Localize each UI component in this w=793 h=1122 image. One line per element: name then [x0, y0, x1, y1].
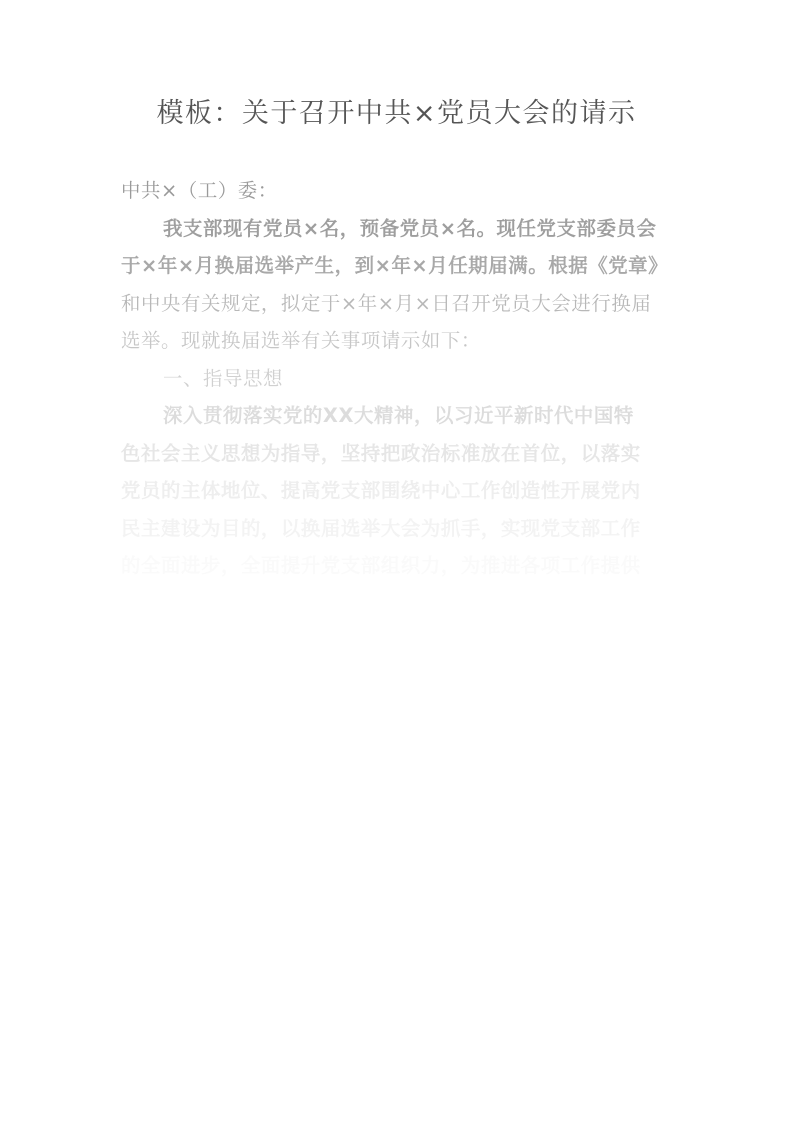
body-line: 色社会主义思想为指导，坚持把政治标准放在首位，以落实 [121, 435, 677, 473]
body-line: 党员的主体地位、提高党支部围绕中心工作创造性开展党内 [121, 472, 677, 510]
body-line: 于×年×月换届选举产生，到×年×月任期届满。根据《党章》 [121, 247, 677, 285]
body-line: 民主建设为目的，以换届选举大会为抓手，实现党支部工作 [121, 510, 677, 548]
document-page: 模板：关于召开中共×党员大会的请示 中共×（工）委： 我支部现有党员×名，预备党… [0, 0, 793, 1122]
body-line: 深入贯彻落实党的XX大精神，以习近平新时代中国特 [121, 397, 677, 435]
body-line: 我支部现有党员×名，预备党员×名。现任党支部委员会 [121, 210, 677, 248]
body-line: 和中央有关规定，拟定于×年×月×日召开党员大会进行换届 [121, 285, 677, 323]
body-line: 选举。现就换届选举有关事项请示如下： [121, 322, 677, 360]
section-heading: 一、指导思想 [121, 360, 677, 398]
document-body: 中共×（工）委： 我支部现有党员×名，预备党员×名。现任党支部委员会 于×年×月… [121, 172, 677, 585]
body-line: 的全面进步，全面提升党支部组织力，为推进各项工作提供 [121, 547, 677, 585]
salutation-line: 中共×（工）委： [121, 172, 677, 210]
document-title: 模板：关于召开中共×党员大会的请示 [0, 94, 793, 134]
